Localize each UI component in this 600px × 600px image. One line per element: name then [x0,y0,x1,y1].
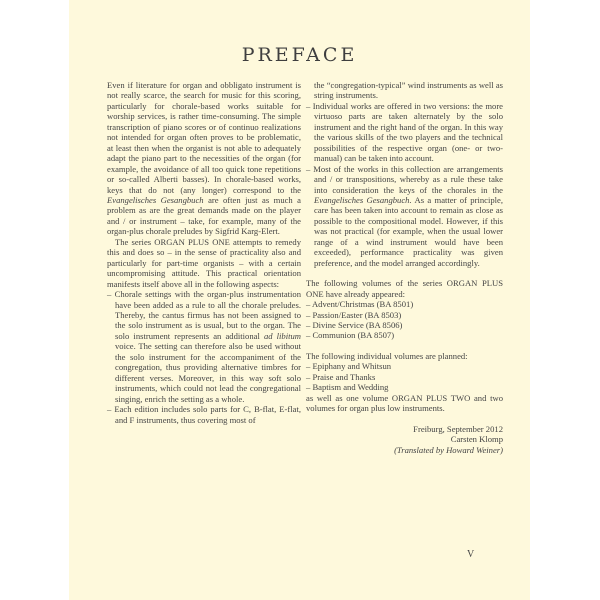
text: Even if literature for organ and obbliga… [107,80,301,195]
continued-text: the “congregation-typical” wind instrume… [306,80,503,101]
appeared-list: – Advent/Christmas (BA 8501) – Passion/E… [306,299,503,341]
intro-paragraph: Even if literature for organ and obbliga… [107,80,301,237]
list-item: – Praise and Thanks [306,372,503,382]
planned-list: – Epiphany and Whitsun – Praise and Than… [306,361,503,392]
appeared-intro: The following volumes of the series ORGA… [306,278,503,299]
list-item: – Passion/Easter (BA 8503) [306,310,503,320]
place-date: Freiburg, September 2012 [306,424,503,434]
list-item: – Divine Service (BA 8506) [306,320,503,330]
text: – Most of the works in this collection a… [306,164,503,195]
translator-credit: (Translated by Howard Weiner) [394,445,503,455]
list-item: – Baptism and Wedding [306,382,503,392]
italic-title: Evangelisches Gesangbuch [107,195,204,205]
list-item: – Epiphany and Whitsun [306,361,503,371]
list-item: – Communion (BA 8507) [306,330,503,340]
bullet-arrangements: – Most of the works in this collection a… [306,164,503,269]
italic-title: Evangelisches Gesangbuch. [314,195,412,205]
list-item: – Advent/Christmas (BA 8501) [306,299,503,309]
italic-term: ad libitum [264,331,301,341]
text: voice. The setting can therefore also be… [115,341,301,403]
bullet-solo-parts: – Each edition includes solo parts for C… [107,404,301,425]
page-number: V [467,549,474,560]
translator: (Translated by Howard Weiner) [306,445,503,455]
author: Carsten Klomp [306,434,503,444]
series-paragraph: The series ORGAN PLUS ONE attempts to re… [107,237,301,289]
text: As a matter of principle, care has been … [314,195,503,268]
bullet-chorale-settings: – Chorale settings with the organ-plus i… [107,289,301,404]
page-title: PREFACE [69,44,530,66]
bullet-two-versions: – Individual works are offered in two ve… [306,101,503,164]
document-page: PREFACE Even if literature for organ and… [69,0,530,600]
left-column: Even if literature for organ and obbliga… [107,80,301,425]
planned-end: as well as one volume ORGAN PLUS TWO and… [306,393,503,414]
planned-intro: The following individual volumes are pla… [306,351,503,361]
right-column: the “congregation-typical” wind instrume… [306,80,503,455]
